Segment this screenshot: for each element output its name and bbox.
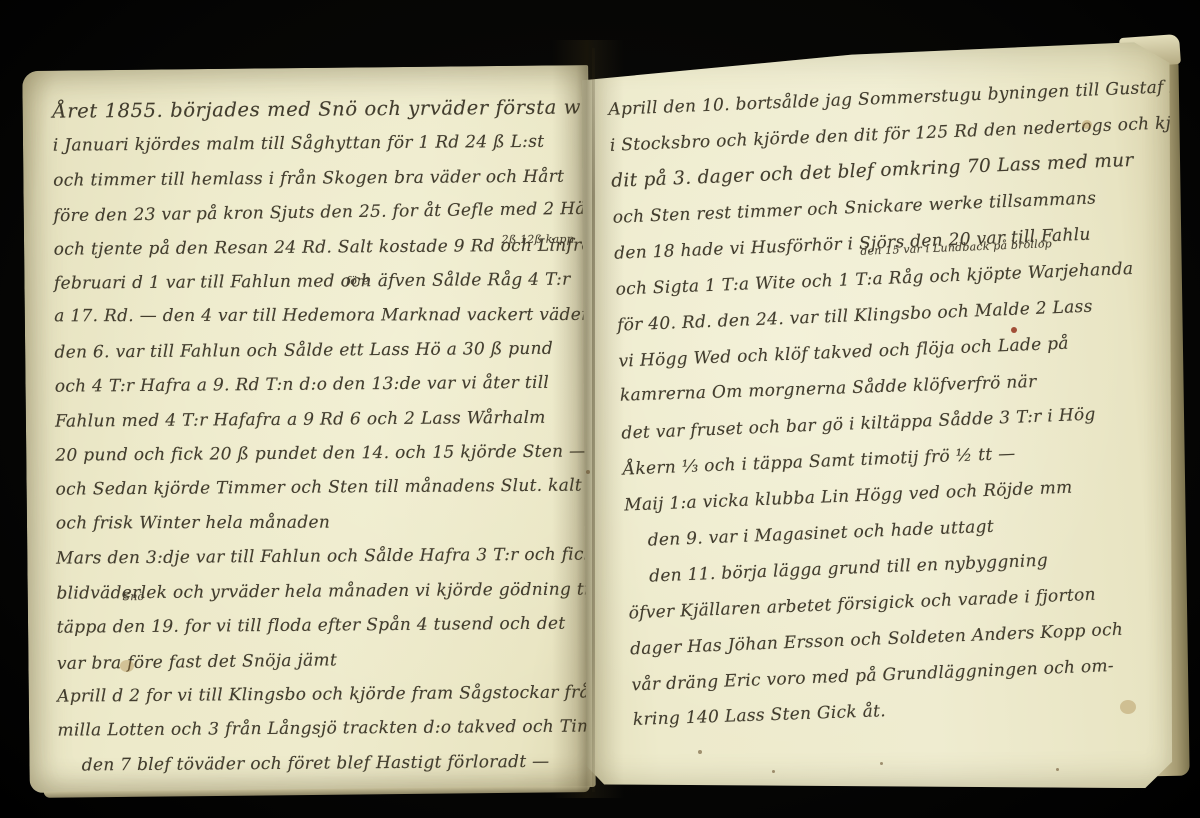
year-heading-line: Året 1855. börjades med Snö och yrväder … xyxy=(52,91,578,130)
age-spot xyxy=(772,770,775,773)
age-spot xyxy=(1011,327,1017,333)
diary-line: a 17. Rd. — den 4 var till Hedemora Mark… xyxy=(54,298,580,334)
diary-line: milla Lotten och 3 från Långsjö trackten… xyxy=(57,710,583,749)
age-spot xyxy=(1120,700,1136,714)
interline-annotation-lundback: den 15 var i Lundback på bröllop xyxy=(860,226,1053,270)
age-spot xyxy=(1082,120,1092,129)
diary-line: Aprill d 2 for vi till Klingsbo och kjör… xyxy=(57,675,583,714)
left-page: Året 1855. börjades med Snö och yrväder … xyxy=(22,65,596,793)
diary-line: var bra före fast det Snöja jämt xyxy=(57,640,583,681)
diary-line: 20 pund och fick 20 ß pundet den 14. och… xyxy=(55,435,581,474)
interline-annotation-fore: före xyxy=(346,264,370,299)
diary-line: Fahlun med 4 T:r Hafafra a 9 Rd 6 och 2 … xyxy=(55,400,581,439)
right-page: Aprill den 10. bortsålde jag Sommerstugu… xyxy=(581,42,1174,792)
diary-line: Mars den 3:dje var till Fahlun och Sålde… xyxy=(56,538,582,577)
age-spot xyxy=(120,660,134,672)
diary-line: februari d 1 var till Fahlun med och äfv… xyxy=(54,263,580,302)
right-page-text: Aprill den 10. bortsålde jag Sommerstugu… xyxy=(608,70,1174,739)
diary-line: den 7 blef töväder och föret blef Hastig… xyxy=(58,744,584,783)
diary-line: och Sedan kjörde Timmer och Sten till må… xyxy=(55,469,581,508)
interline-annotation-linfro-price: 2ß 12ß kapp xyxy=(502,223,574,258)
age-spot xyxy=(1056,768,1059,771)
age-spot xyxy=(586,470,590,474)
diary-line: och frisk Winter hela månaden xyxy=(56,505,582,541)
age-spot xyxy=(698,750,702,754)
left-page-text: Året 1855. börjades med Snö och yrväder … xyxy=(52,91,583,783)
diary-line: den 6. var till Fahlun och Sålde ett Las… xyxy=(54,331,580,370)
interline-annotation-sno: Snö xyxy=(122,580,144,615)
age-spot xyxy=(880,762,883,765)
photo-frame: Året 1855. börjades med Snö och yrväder … xyxy=(0,0,1200,818)
diary-line: i Januari kjördes malm till Såghyttan fö… xyxy=(53,125,579,164)
diary-line: och 4 T:r Hafra a 9. Rd T:n d:o den 13:d… xyxy=(55,366,581,405)
